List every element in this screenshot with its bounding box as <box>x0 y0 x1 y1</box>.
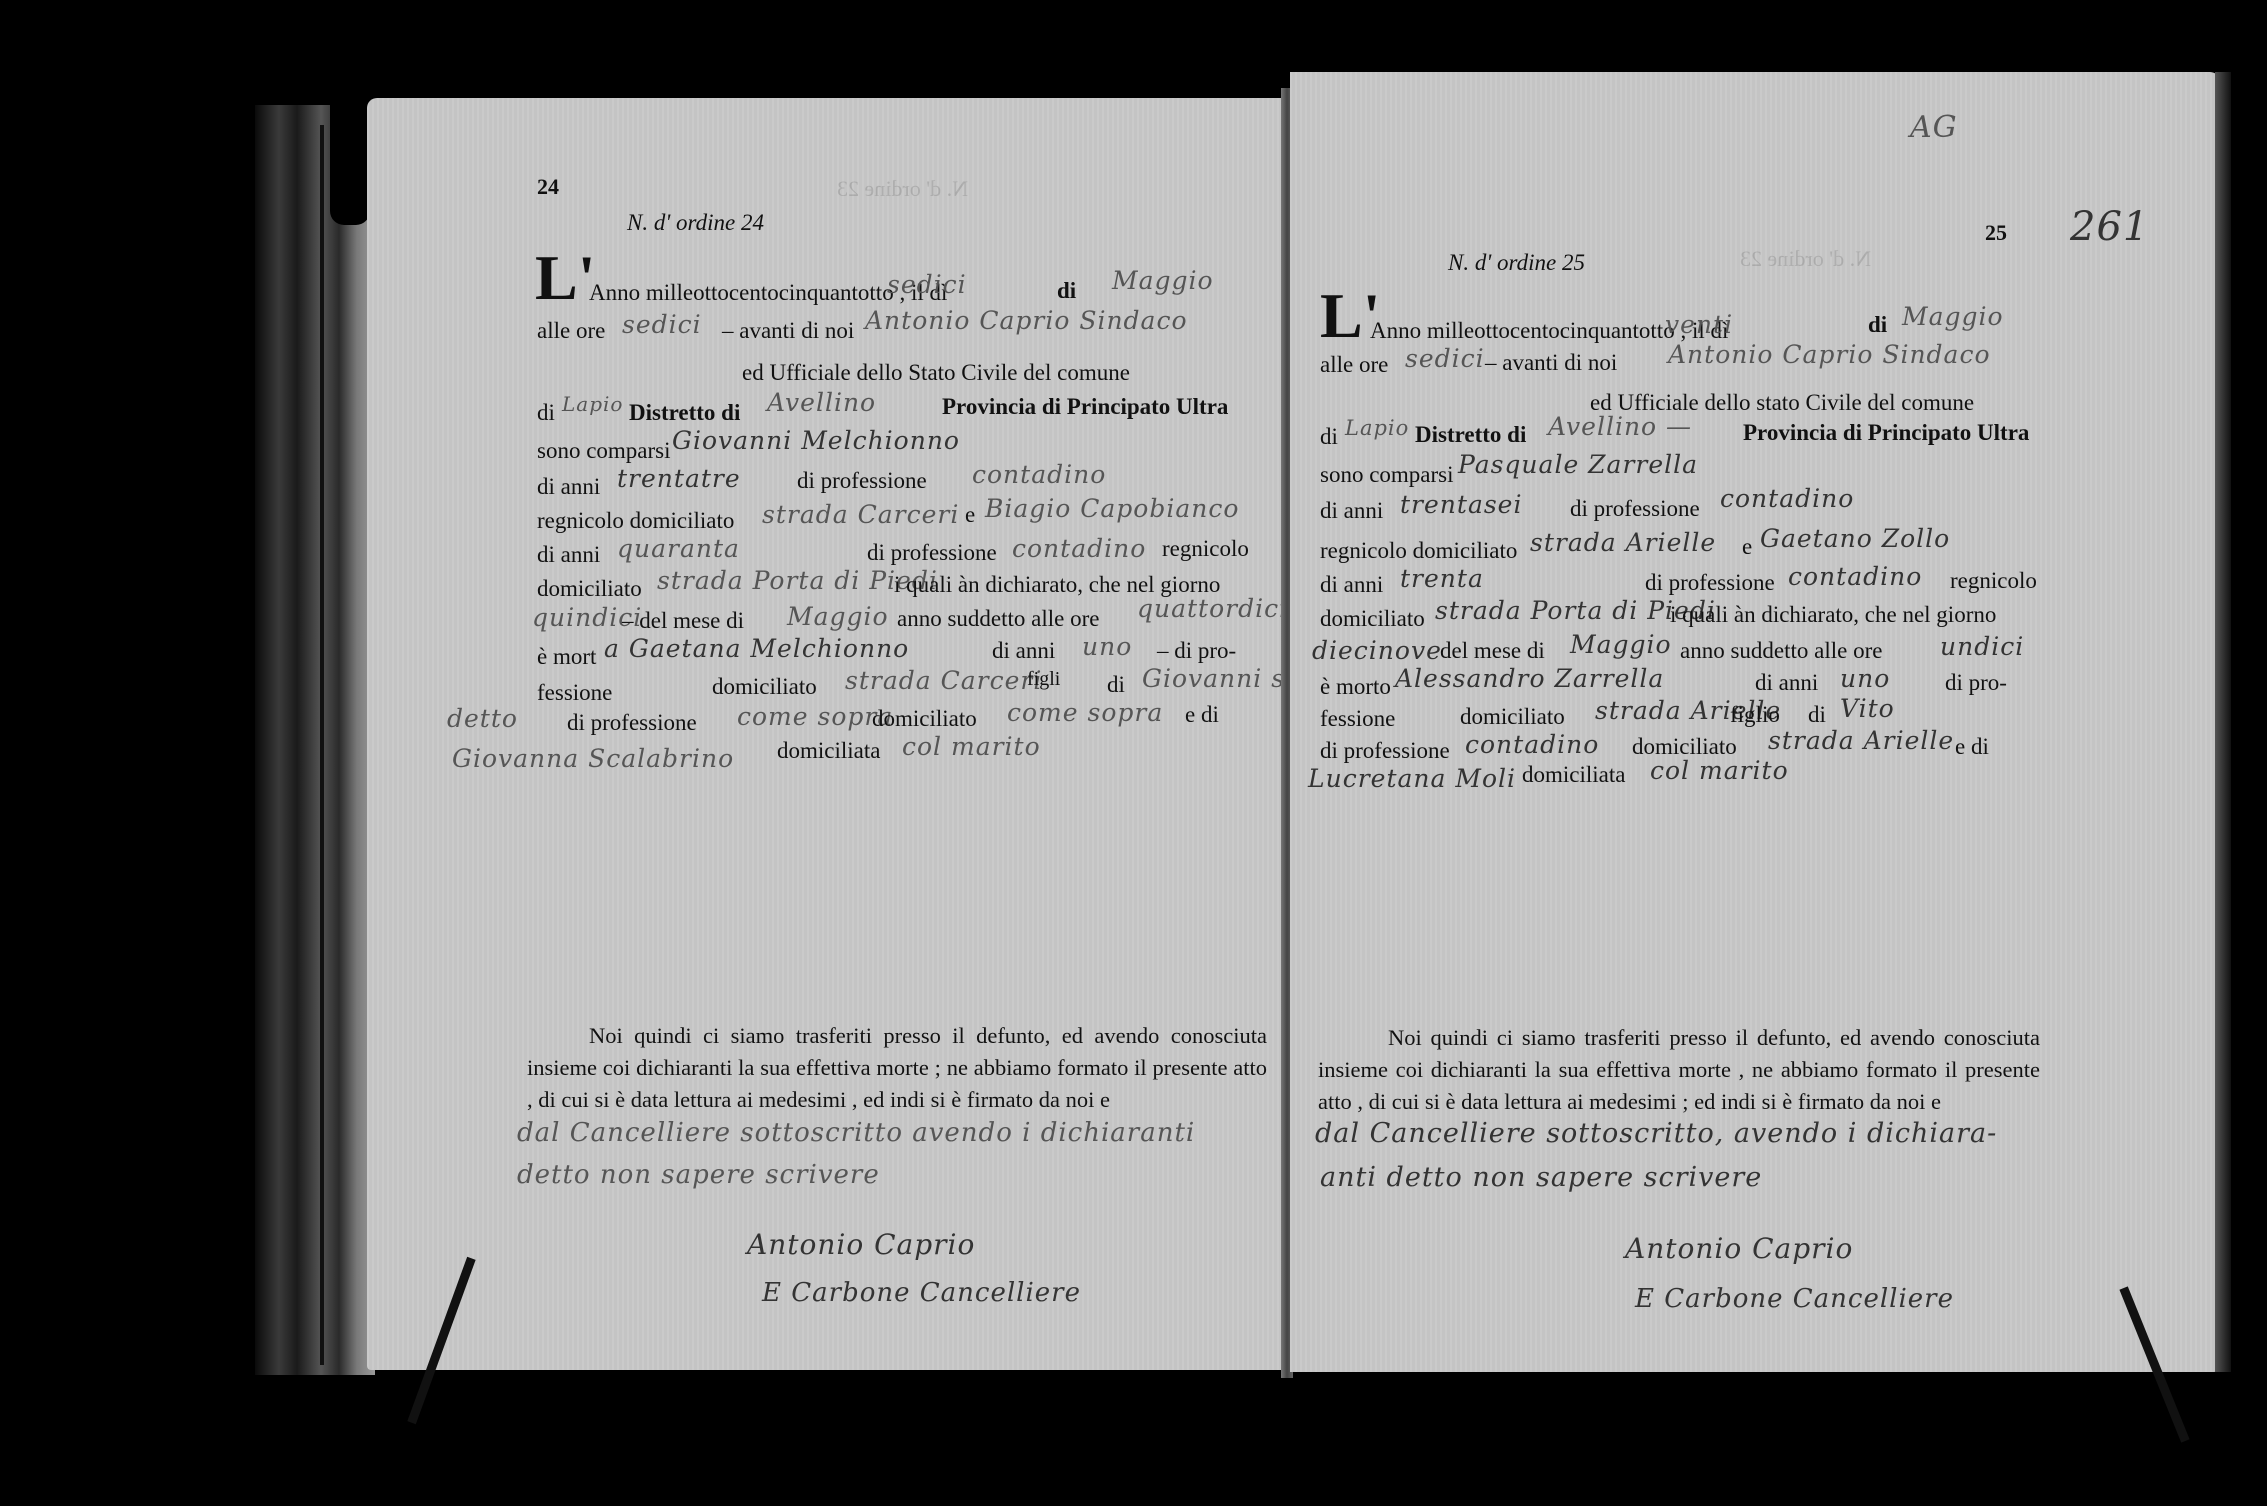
print-text: alle ore <box>537 318 605 344</box>
page-number: 25 <box>1985 220 2007 246</box>
print-text: del mese di <box>1440 638 1545 664</box>
handwritten-age: trentatre <box>617 464 741 493</box>
print-text: ed Ufficiale dello Stato Civile del comu… <box>742 360 1130 386</box>
handwritten-age: trenta <box>1400 564 1484 593</box>
print-text: di anni <box>1320 498 1383 524</box>
print-text: di <box>1057 278 1076 304</box>
bleed-through-text: N. d' ordine 23 <box>1740 246 1871 272</box>
handwritten-month: Maggio <box>1570 630 1672 659</box>
print-text: è morto <box>1320 674 1391 700</box>
print-text: e <box>965 502 975 528</box>
print-text: Provincia di Principato Ultra <box>942 394 1228 420</box>
print-text: è mort <box>537 644 596 670</box>
handwritten-comune: Lapio <box>1345 416 1409 440</box>
book-tab <box>330 90 370 225</box>
print-text: e di <box>1955 734 1989 760</box>
print-text: sono comparsi <box>1320 462 1454 488</box>
handwritten-declarant-2: Gaetano Zollo <box>1760 524 1950 553</box>
handwritten-declarant-2: Biagio Capobianco <box>985 494 1239 523</box>
handwritten-deceased: Alessandro Zarrella <box>1395 664 1664 693</box>
print-text: – di pro- <box>1157 638 1236 664</box>
print-text: i quali àn dichiarato, che nel giorno <box>1670 602 1996 628</box>
print-text: figlio <box>1730 702 1780 728</box>
handwritten-month: Maggio <box>787 602 889 631</box>
handwritten-profession: contadino <box>1465 730 1599 759</box>
print-text: di professione <box>1320 738 1450 764</box>
print-text: anno suddetto alle ore <box>1680 638 1882 664</box>
book-page-stack-left <box>255 105 375 1375</box>
print-text: di anni <box>1320 572 1383 598</box>
print-text: sono comparsi <box>537 438 671 464</box>
handwritten-deceased: a Gaetana Melchionno <box>604 634 909 663</box>
print-text: di <box>1320 424 1338 450</box>
handwritten-profession: contadino <box>1720 484 1854 513</box>
handwritten-address: strada Carceri <box>845 666 1042 695</box>
closing-handwritten-1: dal Cancelliere sottoscritto, avendo i d… <box>1315 1118 1997 1149</box>
print-text: alle ore <box>1320 352 1388 378</box>
print-text: di professione <box>567 710 697 736</box>
corner-mark: AG <box>1910 110 1958 145</box>
handwritten-address: strada Arielle <box>1530 528 1716 557</box>
print-text: di <box>537 400 555 426</box>
handwritten-address: strada Arielle <box>1768 726 1954 755</box>
handwritten-age: trentasei <box>1400 490 1522 519</box>
folio-number: 261 <box>2070 204 2149 250</box>
print-text: domiciliato <box>872 706 977 732</box>
page-clip <box>2119 1286 2189 1442</box>
page-number: 24 <box>537 174 559 200</box>
print-text: di anni <box>1755 670 1818 696</box>
print-text: di professione <box>1645 570 1775 596</box>
signature-clerk: E Carbone Cancelliere <box>762 1278 1081 1308</box>
page-clip <box>407 1257 475 1425</box>
signature-clerk: E Carbone Cancelliere <box>1635 1284 1954 1314</box>
handwritten-officer: Antonio Caprio Sindaco <box>865 306 1188 335</box>
left-page: N. d' ordine 23 24 N. d' ordine 24 L' An… <box>367 98 1285 1370</box>
print-text: di professione <box>1570 496 1700 522</box>
print-text: di <box>1868 312 1887 338</box>
handwritten-distretto: Avellino <box>767 388 876 417</box>
handwritten-profession: come sopra <box>737 702 893 731</box>
print-text: regnicolo <box>1162 536 1249 562</box>
print-text: e <box>1742 534 1752 560</box>
handwritten-age: uno <box>1082 632 1132 661</box>
handwritten-father: Giovanni su <box>1142 664 1302 693</box>
print-text: di anni <box>537 474 600 500</box>
handwritten-hour: undici <box>1940 632 2024 661</box>
handwritten-day: venti <box>1665 310 1733 339</box>
closing-handwritten-2: anti detto non sapere scrivere <box>1320 1162 1762 1193</box>
print-text: domiciliata <box>777 738 880 764</box>
print-text: domiciliato <box>537 576 642 602</box>
book-page-stack-right <box>2215 72 2231 1372</box>
handwritten-age: quaranta <box>617 534 740 563</box>
closing-paragraph: Noi quindi ci siamo trasferiti presso il… <box>527 1020 1267 1116</box>
handwritten-hour: quattordici <box>1137 594 1288 623</box>
print-text: domiciliato <box>1320 606 1425 632</box>
handwritten-distretto: Avellino — <box>1548 412 1692 441</box>
print-text: di professione <box>797 468 927 494</box>
handwritten-mother: Lucretana Moli <box>1308 764 1516 793</box>
handwritten-hour: sedici <box>1405 344 1485 373</box>
print-text: figli <box>1027 668 1060 691</box>
print-text: Provincia di Principato Ultra <box>1743 420 2029 446</box>
handwritten-declarant-1: Giovanni Melchionno <box>672 426 960 455</box>
handwritten-month: Maggio <box>1902 302 2004 331</box>
handwritten-profession: contadino <box>1012 534 1146 563</box>
handwritten-profession: contadino <box>972 460 1106 489</box>
handwritten-address: col marito <box>902 732 1041 761</box>
print-text: di anni <box>992 638 1055 664</box>
signature-mayor: Antonio Caprio <box>747 1228 975 1261</box>
closing-handwritten-1: dal Cancelliere sottoscritto avendo i di… <box>517 1118 1195 1148</box>
order-label: N. d' ordine 25 <box>1448 250 1585 276</box>
order-label: N. d' ordine 24 <box>627 210 764 236</box>
print-text: regnicolo domiciliato <box>537 508 734 534</box>
print-text: fessione <box>1320 706 1395 732</box>
print-text: di <box>1107 672 1125 698</box>
handwritten-text: detto <box>447 704 518 733</box>
handwritten-address: col marito <box>1650 756 1789 785</box>
print-text: – avanti di noi <box>722 318 854 344</box>
print-text: di pro- <box>1945 670 2007 696</box>
print-text: di anni <box>537 542 600 568</box>
handwritten-father: Vito <box>1840 694 1895 723</box>
print-text: regnicolo domiciliato <box>1320 538 1517 564</box>
handwritten-age: uno <box>1840 664 1890 693</box>
handwritten-comune: Lapio <box>562 392 623 416</box>
handwritten-address: come sopra <box>1007 698 1163 727</box>
print-text: Distretto di <box>629 400 740 426</box>
initial-letter: L' <box>535 246 595 310</box>
print-text: e di <box>1185 702 1219 728</box>
print-text: Distretto di <box>1415 422 1526 448</box>
signature-mayor: Antonio Caprio <box>1625 1232 1853 1265</box>
handwritten-day: sedici <box>887 270 967 299</box>
print-text: fessione <box>537 680 612 706</box>
print-text: di <box>1808 702 1826 728</box>
handwritten-hour: sedici <box>622 310 702 339</box>
print-text: domiciliato <box>1460 704 1565 730</box>
right-page: N. d' ordine 23 AG 25 261 N. d' ordine 2… <box>1290 72 2220 1372</box>
handwritten-day: diecinove <box>1312 636 1442 665</box>
print-text: – del mese di <box>622 608 744 634</box>
handwritten-mother: Giovanna Scalabrino <box>452 744 734 773</box>
handwritten-profession: contadino <box>1788 562 1922 591</box>
print-text: di professione <box>867 540 997 566</box>
print-text: anno suddetto alle ore <box>897 606 1099 632</box>
handwritten-declarant-1: Pasquale Zarrella <box>1458 450 1698 479</box>
print-text: domiciliata <box>1522 762 1625 788</box>
handwritten-month: Maggio <box>1112 266 1214 295</box>
closing-paragraph: Noi quindi ci siamo trasferiti presso il… <box>1318 1022 2040 1118</box>
bleed-through-text: N. d' ordine 23 <box>837 176 968 202</box>
handwritten-officer: Antonio Caprio Sindaco <box>1668 340 1991 369</box>
closing-handwritten-2: detto non sapere scrivere <box>517 1160 880 1190</box>
print-text: – avanti di noi <box>1485 350 1617 376</box>
print-text: regnicolo <box>1950 568 2037 594</box>
handwritten-address: strada Carceri <box>762 500 959 529</box>
print-text: domiciliato <box>712 674 817 700</box>
